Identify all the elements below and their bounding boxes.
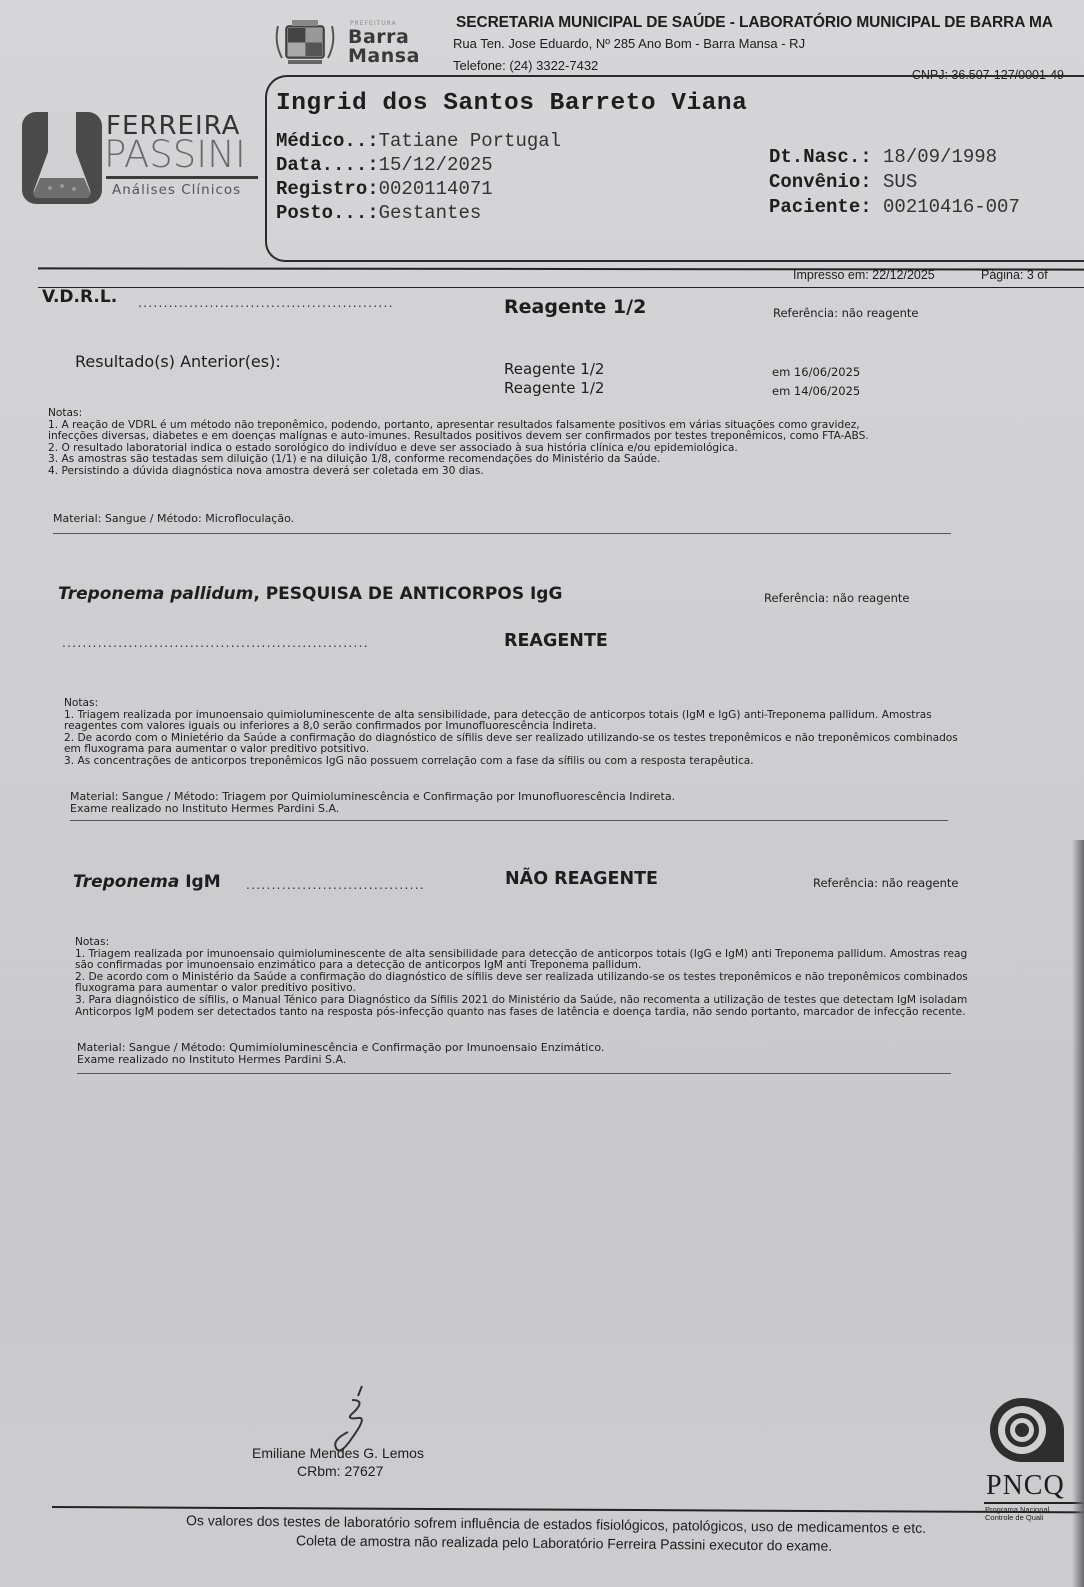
previous-result-value: Reagente 1/2 [504,360,604,378]
exam-vdrl-material: Material: Sangue / Método: Microfloculaç… [53,513,294,525]
barra-mansa-crest-icon [272,18,338,68]
pncq-subtitle: Programa Nacional Controle de Quali [985,1506,1049,1522]
lab-logo-divider [106,176,258,179]
exam-igg-material: Material: Sangue / Método: Triagem por Q… [70,791,675,814]
field-label: Posto...: [276,202,379,224]
field-post: Posto...:Gestantes [276,202,481,224]
signatory-name: Emiliane Mendes G. Lemos [252,1445,424,1461]
section-divider [77,1073,951,1074]
material-line: Exame realizado no Instituto Hermes Pard… [77,1054,604,1066]
notes-heading: Notas: [64,698,958,710]
exam-igg-title-rest: , PESQUISA DE ANTICORPOS IgG [253,584,562,604]
field-label: Médico..: [276,130,379,152]
exam-igm-material: Material: Sangue / Método: Qumimiolumine… [77,1042,604,1065]
exam-igg-notes: Notas: 1. Triagem realizada por imunoens… [64,698,958,768]
leader-dots: ........................................… [62,636,462,650]
field-date: Data....:15/12/2025 [276,154,493,176]
exam-igm-reference: Referência: não reagente [813,876,958,890]
field-value: 18/09/1998 [883,146,997,168]
exam-igm-result: NÃO REAGENTE [505,869,658,889]
page-number: Página: 3 of [981,268,1048,282]
note-line: Anticorpos IgM podem ser detectados tant… [75,1007,968,1019]
pncq-divider [984,1502,1084,1504]
header-divider-2 [38,287,1084,288]
field-label: Dt.Nasc.: [769,146,872,168]
field-value: 00210416-007 [883,196,1020,218]
field-label: Data....: [276,154,379,176]
printed-date: Impresso em: 22/12/2025 [793,268,935,282]
notes-heading: Notas: [48,408,869,420]
field-insurance: Convênio: SUS [769,171,917,193]
institution-phone: Telefone: (24) 3322-7432 [453,58,598,73]
pncq-seal-icon [978,1394,1068,1466]
exam-igm-title-organism: Treponema [73,872,179,892]
field-label: Paciente: [769,196,872,218]
previous-result-date: em 14/06/2025 [772,384,860,398]
field-value: Gestantes [379,202,482,224]
ferreira-passini-flask-logo-icon [22,112,102,204]
previous-result-value: Reagente 1/2 [504,379,604,397]
field-value: 15/12/2025 [379,154,493,176]
institution-title: SECRETARIA MUNICIPAL DE SAÚDE - LABORATÓ… [456,14,1053,32]
section-divider [70,820,948,821]
pncq-subtitle-line: Controle de Quali [985,1514,1049,1522]
exam-igm-notes: Notas: 1. Triagem realizada por imunoens… [75,937,968,1018]
municipality-name-line2: Mansa [348,47,420,66]
footer-disclaimer-line2: Coleta de amostra não realizada pelo Lab… [296,1532,832,1554]
note-line: 3. As concentrações de anticorpos trepon… [64,756,958,768]
field-value: SUS [883,171,917,193]
exam-vdrl-title: V.D.R.L. [42,287,117,307]
field-patient-id: Paciente: 00210416-007 [769,196,1020,218]
exam-igm-title-rest: IgM [179,872,220,892]
exam-vdrl-result: Reagente 1/2 [504,296,646,318]
signatory-registration: CRbm: 27627 [297,1463,383,1479]
lab-logo-subtitle: Análises Clínicos [112,182,241,198]
field-label: Convênio: [769,171,872,193]
leader-dots: ........................................… [138,296,478,310]
previous-results-label: Resultado(s) Anterior(es): [75,352,281,371]
note-line: 4. Persistindo a dúvida diagnóstica nova… [48,466,869,478]
exam-igg-result: REAGENTE [504,631,608,651]
field-birthdate: Dt.Nasc.: 18/09/1998 [769,146,997,168]
material-line: Material: Sangue / Método: Qumimiolumine… [77,1042,604,1054]
field-value: Tatiane Portugal [379,130,561,152]
exam-vdrl-notes: Notas: 1. A reação de VDRL é um método n… [48,408,869,478]
institution-address: Rua Ten. Jose Eduardo, Nº 285 Ano Bom - … [453,36,805,51]
exam-vdrl-reference: Referência: não reagente [773,306,918,320]
material-line: Material: Sangue / Método: Triagem por Q… [70,791,675,803]
municipality-name: Barra Mansa [348,28,420,66]
previous-result-date: em 16/06/2025 [772,365,860,379]
field-label: Registro: [276,178,379,200]
exam-igg-title: Treponema pallidum, PESQUISA DE ANTICORP… [58,584,562,604]
photo-edge-shadow [1072,840,1084,1587]
patient-name: Ingrid dos Santos Barreto Viana [276,90,747,117]
exam-igg-reference: Referência: não reagente [764,591,909,605]
section-divider [53,533,951,534]
material-line: Exame realizado no Instituto Hermes Pard… [70,803,675,815]
field-value: 0020114071 [379,178,493,200]
exam-igm-title: Treponema IgM [73,872,221,892]
pncq-acronym: PNCQ [986,1470,1065,1502]
lab-logo-line2: PASSINI [104,136,246,174]
field-doctor: Médico..:Tatiane Portugal [276,130,561,152]
notes-heading: Notas: [75,937,968,949]
field-registration: Registro:0020114071 [276,178,493,200]
leader-dots: ................................... [246,878,480,892]
note-line: 3. Para diagnóistico de sífilis, o Manua… [75,995,968,1007]
exam-igg-title-organism: Treponema pallidum [58,584,253,604]
